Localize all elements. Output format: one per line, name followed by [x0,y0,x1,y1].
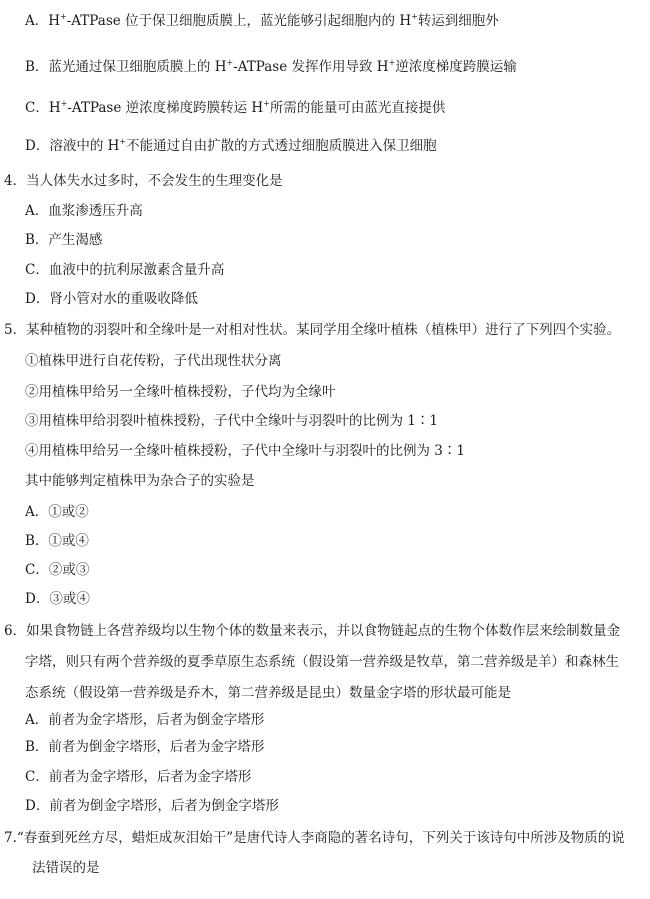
q3-option-c: C．H+-ATPase 逆浓度梯度跨膜转运 H+所需的能量可由蓝光直接提供 [25,99,445,117]
option-text: -ATPase 发挥作用导致 H [233,59,388,75]
option-label: D． [25,291,49,307]
option-text: -ATPase 逆浓度梯度跨膜转运 H [67,100,263,116]
question-number: 6． [4,623,26,639]
q3-option-d: D．溶液中的 H+不能通过自由扩散的方式透过细胞质膜进入保卫细胞 [25,137,437,155]
option-label: B． [25,533,48,549]
q6-option-d: D．前者为倒金字塔形，后者为倒金字塔形 [25,797,279,815]
option-text: 所需的能量可由蓝光直接提供 [270,100,446,116]
option-label: C． [25,562,49,578]
option-label: B． [25,739,48,755]
q5-stem: 5．某种植物的羽裂叶和全缘叶是一对相对性状。某同学用全缘叶植株（植株甲）进行了下… [4,321,620,339]
question-number: 4． [4,173,26,189]
q5-experiment-2: ②用植株甲给另一全缘叶植株授粉，子代均为全缘叶 [25,383,336,401]
q6-option-a: A．前者为金字塔形，后者为倒金字塔形 [25,711,264,729]
option-text: 前者为金字塔形，后者为金字塔形 [49,769,252,785]
q4-option-d: D．肾小管对水的重吸收降低 [25,290,198,308]
option-text: ②或③ [49,562,90,578]
option-text: H [48,13,60,29]
q6-stem-line-2: 字塔，则只有两个营养级的夏季草原生态系统（假设第一营养级是牧草，第二营养级是羊）… [25,653,619,671]
option-label: B． [25,59,48,75]
option-text: 前者为金字塔形，后者为倒金字塔形 [48,712,264,728]
option-label: D． [25,138,49,154]
q5-option-b: B．①或④ [25,532,89,550]
q6-option-b: B．前者为倒金字塔形，后者为金字塔形 [25,738,264,756]
question-text: 当人体失水过多时，不会发生的生理变化是 [26,173,283,189]
q4-option-b: B．产生渴感 [25,231,102,249]
question-number: 7. [4,830,17,846]
option-text: 不能通过自由扩散的方式透过细胞质膜进入保卫细胞 [126,138,437,154]
option-label: A． [25,13,48,29]
question-text: “春蚕到死丝方尽，蜡炬成灰泪始干”是唐代诗人李商隐的著名诗句，下列关于该诗句中所… [17,830,625,846]
option-label: A． [25,712,48,728]
question-text: 如果食物链上各营养级均以生物个体的数量来表示，并以食物链起点的生物个体数作层来绘… [26,623,620,639]
superscript: + [411,12,418,21]
option-text: 产生渴感 [48,232,102,248]
q4-stem: 4．当人体失水过多时，不会发生的生理变化是 [4,172,283,190]
q5-option-d: D．③或④ [25,590,90,608]
q5-option-a: A．①或② [25,503,89,521]
q5-experiment-4: ④用植株甲给另一全缘叶植株授粉，子代中全缘叶与羽裂叶的比例为 3∶1 [25,442,465,460]
q5-question: 其中能够判定植株甲为杂合子的实验是 [25,472,255,490]
q6-stem-line-1: 6．如果食物链上各营养级均以生物个体的数量来表示，并以食物链起点的生物个体数作层… [4,622,620,640]
option-text: -ATPase 位于保卫细胞质膜上，蓝光能够引起细胞内的 H [67,13,411,29]
option-label: A． [25,504,48,520]
option-label: D． [25,591,49,607]
option-text: H [49,100,61,116]
option-label: C． [25,100,49,116]
option-label: A． [25,203,48,219]
option-text: 前者为倒金字塔形，后者为倒金字塔形 [49,798,279,814]
option-text: 血浆渗透压升高 [48,203,143,219]
question-text: 某种植物的羽裂叶和全缘叶是一对相对性状。某同学用全缘叶植株（植株甲）进行了下列四… [26,322,620,338]
q4-option-c: C．血液中的抗利尿激素含量升高 [25,261,224,279]
option-text: 逆浓度梯度跨膜运输 [395,59,517,75]
q5-experiment-1: ①植株甲进行自花传粉，子代出现性状分离 [25,352,282,370]
option-label: C． [25,769,49,785]
q3-option-a: A．H+-ATPase 位于保卫细胞质膜上，蓝光能够引起细胞内的 H+转运到细胞… [25,12,499,30]
option-text: 肾小管对水的重吸收降低 [49,291,198,307]
superscript: + [263,99,270,108]
option-text: ③或④ [49,591,90,607]
q7-stem-line-1: 7.“春蚕到死丝方尽，蜡炬成灰泪始干”是唐代诗人李商隐的著名诗句，下列关于该诗句… [4,829,625,847]
option-text: 蓝光通过保卫细胞质膜上的 H [48,59,226,75]
q6-option-c: C．前者为金字塔形，后者为金字塔形 [25,768,251,786]
option-text: ①或④ [48,533,89,549]
option-text: ①或② [48,504,89,520]
option-label: D． [25,798,49,814]
option-label: B． [25,232,48,248]
option-text: 血液中的抗利尿激素含量升高 [49,262,225,278]
q4-option-a: A．血浆渗透压升高 [25,202,143,220]
option-text: 溶液中的 H [49,138,119,154]
option-label: C． [25,262,49,278]
superscript: + [60,12,67,21]
q6-stem-line-3: 态系统（假设第一营养级是乔木，第二营养级是昆虫）数量金字塔的形状最可能是 [25,684,511,702]
option-text: 转运到细胞外 [418,13,499,29]
q5-experiment-3: ③用植株甲给羽裂叶植株授粉，子代中全缘叶与羽裂叶的比例为 1∶1 [25,412,438,430]
option-text: 前者为倒金字塔形，后者为金字塔形 [48,739,264,755]
q3-option-b: B．蓝光通过保卫细胞质膜上的 H+-ATPase 发挥作用导致 H+逆浓度梯度跨… [25,58,517,76]
q7-stem-line-2: 法错误的是 [32,859,100,877]
q5-option-c: C．②或③ [25,561,89,579]
question-number: 5． [4,322,26,338]
